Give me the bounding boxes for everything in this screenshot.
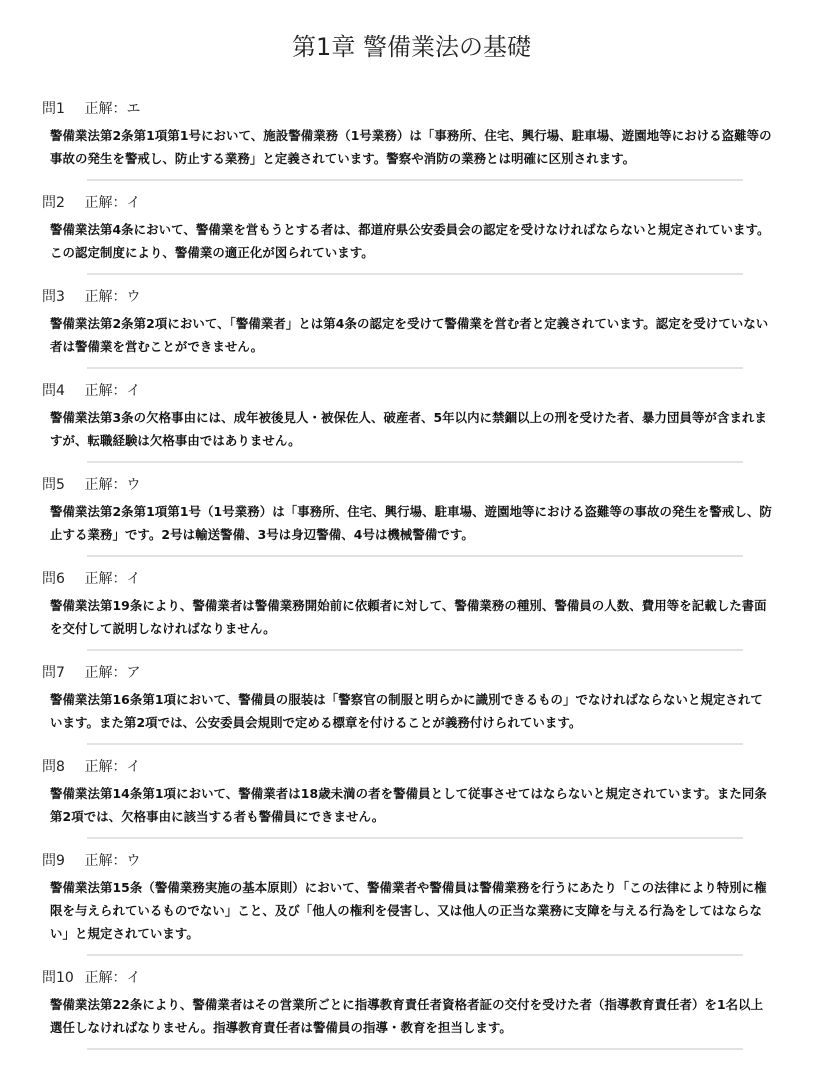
section-divider bbox=[87, 461, 743, 463]
answer-item-9: 問9 正解：ウ 警備業法第15条（警備業務実施の基本原則）において、警備業者や警… bbox=[0, 850, 823, 956]
section-divider bbox=[87, 179, 743, 181]
answer-explanation: 警備業法第16条第1項において、警備員の服装は「警察官の制服と明らかに識別できる… bbox=[0, 688, 823, 734]
question-number: 問3 bbox=[42, 286, 78, 308]
question-number: 問10 bbox=[42, 967, 78, 989]
answer-explanation: 警備業法第19条により、警備業者は警備業務開始前に依頼者に対して、警備業務の種別… bbox=[0, 594, 823, 640]
correct-answer: 正解：ウ bbox=[84, 286, 140, 308]
answer-item-10: 問10 正解：イ 警備業法第22条により、警備業者はその営業所ごとに指導教育責任… bbox=[0, 967, 823, 1050]
section-divider bbox=[87, 954, 743, 956]
question-number: 問9 bbox=[42, 850, 78, 872]
correct-answer: 正解：イ bbox=[84, 568, 140, 590]
answer-item-6: 問6 正解：イ 警備業法第19条により、警備業者は警備業務開始前に依頼者に対して… bbox=[0, 568, 823, 651]
question-number: 問1 bbox=[42, 98, 78, 120]
answer-heading: 問2 正解：イ bbox=[0, 192, 823, 214]
section-divider bbox=[87, 1048, 743, 1050]
question-number: 問2 bbox=[42, 192, 78, 214]
section-divider bbox=[87, 743, 743, 745]
answer-item-8: 問8 正解：イ 警備業法第14条第1項において、警備業者は18歳未満の者を警備員… bbox=[0, 756, 823, 839]
correct-answer: 正解：イ bbox=[84, 380, 140, 402]
answer-heading: 問1 正解：エ bbox=[0, 98, 823, 120]
section-divider bbox=[87, 837, 743, 839]
correct-answer: 正解：ウ bbox=[84, 850, 140, 872]
answer-item-7: 問7 正解：ア 警備業法第16条第1項において、警備員の服装は「警察官の制服と明… bbox=[0, 662, 823, 745]
answer-heading: 問6 正解：イ bbox=[0, 568, 823, 590]
answer-explanation: 警備業法第2条第1項第1号（1号業務）は「事務所、住宅、興行場、駐車場、遊園地等… bbox=[0, 500, 823, 546]
correct-answer: 正解：ア bbox=[84, 662, 140, 684]
section-divider bbox=[87, 555, 743, 557]
answer-explanation: 警備業法第15条（警備業務実施の基本原則）において、警備業者や警備員は警備業務を… bbox=[0, 876, 823, 945]
question-number: 問4 bbox=[42, 380, 78, 402]
question-number: 問6 bbox=[42, 568, 78, 590]
correct-answer: 正解：エ bbox=[84, 98, 140, 120]
answer-item-4: 問4 正解：イ 警備業法第3条の欠格事由には、成年被後見人・被保佐人、破産者、5… bbox=[0, 380, 823, 463]
answer-item-3: 問3 正解：ウ 警備業法第2条第2項において、「警備業者」とは第4条の認定を受け… bbox=[0, 286, 823, 369]
correct-answer: 正解：イ bbox=[84, 192, 140, 214]
answer-heading: 問4 正解：イ bbox=[0, 380, 823, 402]
answer-heading: 問3 正解：ウ bbox=[0, 286, 823, 308]
answer-explanation: 警備業法第2条第2項において、「警備業者」とは第4条の認定を受けて警備業を営む者… bbox=[0, 312, 823, 358]
answer-item-5: 問5 正解：ウ 警備業法第2条第1項第1号（1号業務）は「事務所、住宅、興行場、… bbox=[0, 474, 823, 557]
answer-heading: 問5 正解：ウ bbox=[0, 474, 823, 496]
answer-explanation: 警備業法第2条第1項第1号において、施設警備業務（1号業務）は「事務所、住宅、興… bbox=[0, 124, 823, 170]
question-number: 問5 bbox=[42, 474, 78, 496]
answer-sheet-page: 第1章 警備業法の基礎 問1 正解：エ 警備業法第2条第1項第1号において、施設… bbox=[0, 0, 823, 1080]
answer-item-1: 問1 正解：エ 警備業法第2条第1項第1号において、施設警備業務（1号業務）は「… bbox=[0, 98, 823, 181]
correct-answer: 正解：イ bbox=[84, 967, 140, 989]
question-number: 問7 bbox=[42, 662, 78, 684]
answer-explanation: 警備業法第4条において、警備業を営もうとする者は、都道府県公安委員会の認定を受け… bbox=[0, 218, 823, 264]
answer-heading: 問8 正解：イ bbox=[0, 756, 823, 778]
answer-explanation: 警備業法第3条の欠格事由には、成年被後見人・被保佐人、破産者、5年以内に禁錮以上… bbox=[0, 406, 823, 452]
answer-heading: 問7 正解：ア bbox=[0, 662, 823, 684]
section-divider bbox=[87, 273, 743, 275]
correct-answer: 正解：イ bbox=[84, 756, 140, 778]
answer-list: 問1 正解：エ 警備業法第2条第1項第1号において、施設警備業務（1号業務）は「… bbox=[0, 98, 823, 1061]
answer-item-2: 問2 正解：イ 警備業法第4条において、警備業を営もうとする者は、都道府県公安委… bbox=[0, 192, 823, 275]
section-divider bbox=[87, 649, 743, 651]
answer-explanation: 警備業法第22条により、警備業者はその営業所ごとに指導教育責任者資格者証の交付を… bbox=[0, 993, 823, 1039]
correct-answer: 正解：ウ bbox=[84, 474, 140, 496]
question-number: 問8 bbox=[42, 756, 78, 778]
answer-heading: 問10 正解：イ bbox=[0, 967, 823, 989]
answer-explanation: 警備業法第14条第1項において、警備業者は18歳未満の者を警備員として従事させて… bbox=[0, 782, 823, 828]
section-divider bbox=[87, 367, 743, 369]
page-title: 第1章 警備業法の基礎 bbox=[0, 30, 823, 64]
answer-heading: 問9 正解：ウ bbox=[0, 850, 823, 872]
